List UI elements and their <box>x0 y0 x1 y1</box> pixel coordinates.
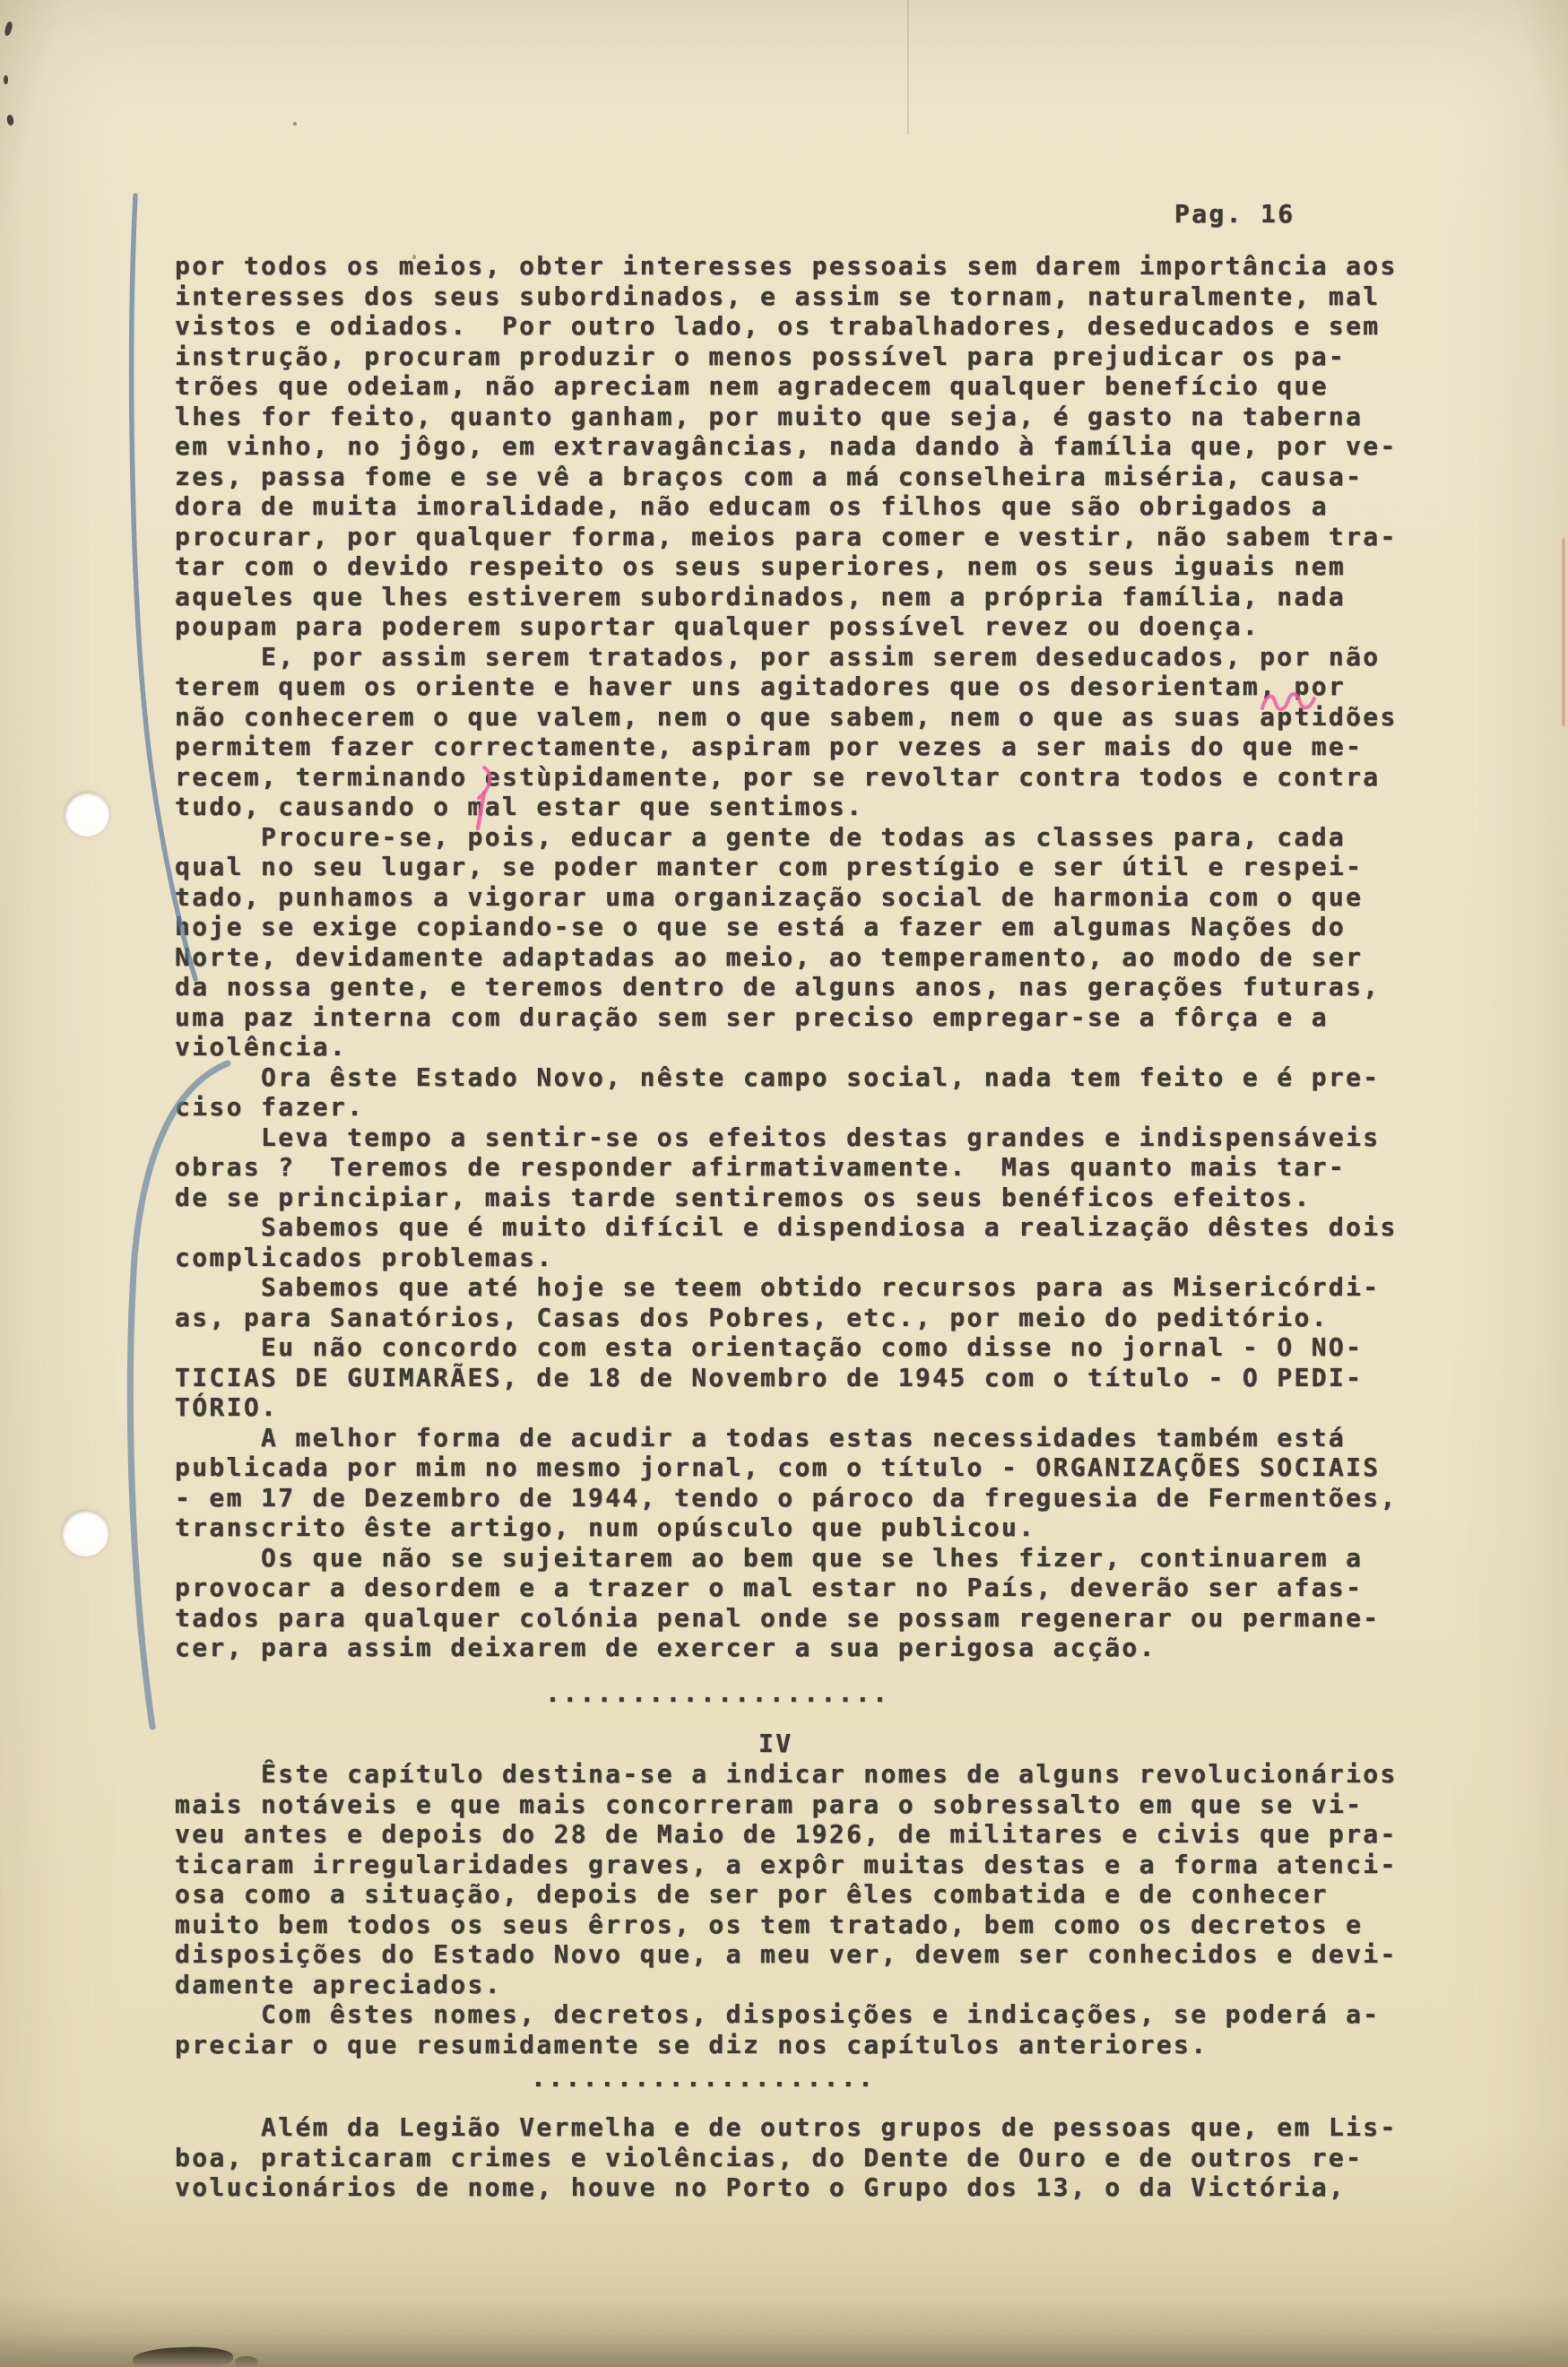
final-paragraph-text: Além da Legião Vermelha e de outros grup… <box>175 2112 1398 2203</box>
paper-speck <box>4 21 13 36</box>
page-number: Pag. 16 <box>1174 199 1295 230</box>
body-text: por todos os meios, obter interesses pes… <box>175 251 1398 1663</box>
paper-speck <box>412 255 416 259</box>
paper-speck <box>293 122 297 126</box>
paper-speck <box>6 114 14 126</box>
punch-hole <box>62 1510 108 1556</box>
scanned-typewritten-page: Pag. 16 por todos os meios, obter intere… <box>0 0 1568 2367</box>
page-bottom-edge <box>0 2333 1568 2367</box>
dotted-separator: .................... <box>545 1678 889 1709</box>
chapter-text: Êste capítulo destina-se a indicar nomes… <box>175 1759 1398 2059</box>
punch-hole <box>65 792 109 837</box>
chapter-heading: IV <box>758 1729 793 1759</box>
paper-crease <box>907 0 909 134</box>
paper-speck <box>4 75 8 84</box>
edge-red-streak <box>1562 538 1565 726</box>
dotted-separator: .................... <box>531 2063 875 2094</box>
